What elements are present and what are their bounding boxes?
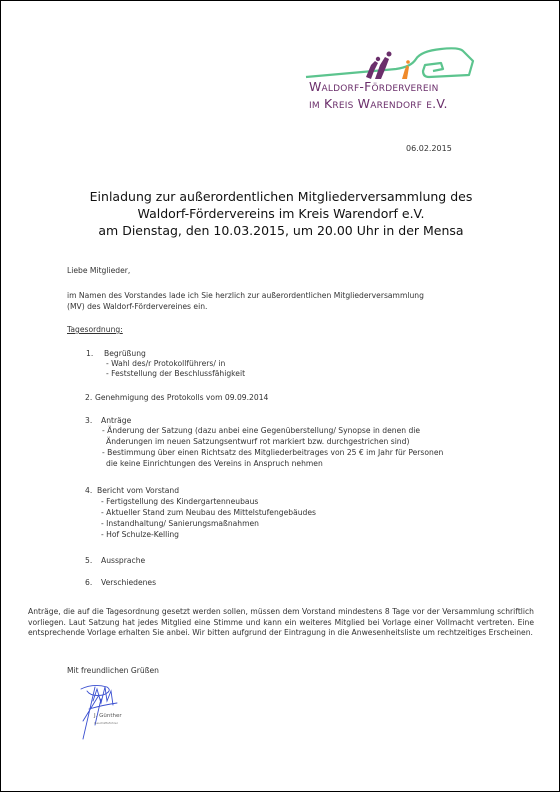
- agenda-item-number: 1.: [86, 349, 93, 360]
- agenda-subitem: - Instandhaltung/ Sanierungsmaßnahmen: [101, 519, 259, 530]
- agenda-subitem: - Hof Schulze-Kelling: [101, 530, 179, 541]
- logo-organization-region: im Kreis Warendorf e.V.: [309, 96, 448, 111]
- agenda-subitem: - Änderung der Satzung (dazu anbei eine …: [102, 426, 420, 437]
- agenda-subitem: - Bestimmung über einen Richtsatz des Mi…: [102, 448, 443, 459]
- agenda-heading: Tagesordnung:: [67, 325, 123, 336]
- agenda-item-label: Begrüßung: [104, 349, 146, 360]
- agenda-item-number: 4.: [85, 486, 92, 497]
- agenda-subitem: die keine Einrichtungen des Vereins in A…: [106, 459, 323, 470]
- intro-line-1: im Namen des Vorstandes lade ich Sie her…: [67, 291, 424, 302]
- agenda-item-label: Bericht vom Vorstand: [97, 486, 179, 497]
- agenda-subitem: Änderungen im neuen Satzungsentwurf rot …: [106, 437, 409, 448]
- logo-figures-house-icon: [301, 41, 481, 81]
- agenda-subitem: - Aktueller Stand zum Neubau des Mittels…: [101, 508, 316, 519]
- agenda-item-label: Verschiedenes: [101, 578, 156, 589]
- title-line-1: Einladung zur außerordentlichen Mitglied…: [61, 188, 501, 205]
- agenda-item-number: 5.: [85, 556, 92, 567]
- title-line-3: am Dienstag, den 10.03.2015, um 20.00 Uh…: [61, 222, 501, 239]
- agenda-item-label: Genehmigung des Protokolls vom 09.09.201…: [95, 393, 268, 404]
- agenda-item-number: 3.: [85, 416, 92, 427]
- signature-icon: [73, 681, 133, 743]
- agenda-subitem: - Feststellung der Beschlussfähigkeit: [106, 369, 245, 380]
- letter-title: Einladung zur außerordentlichen Mitglied…: [61, 188, 501, 239]
- document-page: Waldorf-Förderverein im Kreis Warendorf …: [0, 0, 560, 792]
- agenda-item-label: Aussprache: [101, 556, 145, 567]
- intro-paragraph: im Namen des Vorstandes lade ich Sie her…: [67, 291, 424, 312]
- title-line-2: Waldorf-Fördervereins im Kreis Warendorf…: [61, 205, 501, 222]
- intro-line-2: (MV) des Waldorf-Fördervereines ein.: [67, 302, 424, 313]
- agenda-item-number: 2.: [85, 393, 92, 404]
- agenda-item-label: Anträge: [101, 416, 131, 427]
- letter-date: 06.02.2015: [406, 144, 452, 153]
- greeting: Liebe Mitglieder,: [67, 266, 130, 277]
- closing-paragraph: Anträge, die auf die Tagesordnung gesetz…: [28, 607, 534, 639]
- agenda-item-number: 6.: [85, 578, 92, 589]
- signatory-role: Geschäftsführer: [94, 721, 118, 725]
- signatory-name: J. Günther: [94, 713, 122, 719]
- agenda-subitem: - Wahl des/r Protokollführers/ in: [106, 359, 225, 370]
- organization-logo: Waldorf-Förderverein im Kreis Warendorf …: [301, 41, 481, 121]
- logo-organization-name: Waldorf-Förderverein: [309, 79, 439, 94]
- sign-off: Mit freundlichen Grüßen: [67, 666, 159, 677]
- agenda-subitem: - Fertigstellung des Kindergartenneubaus: [101, 497, 258, 508]
